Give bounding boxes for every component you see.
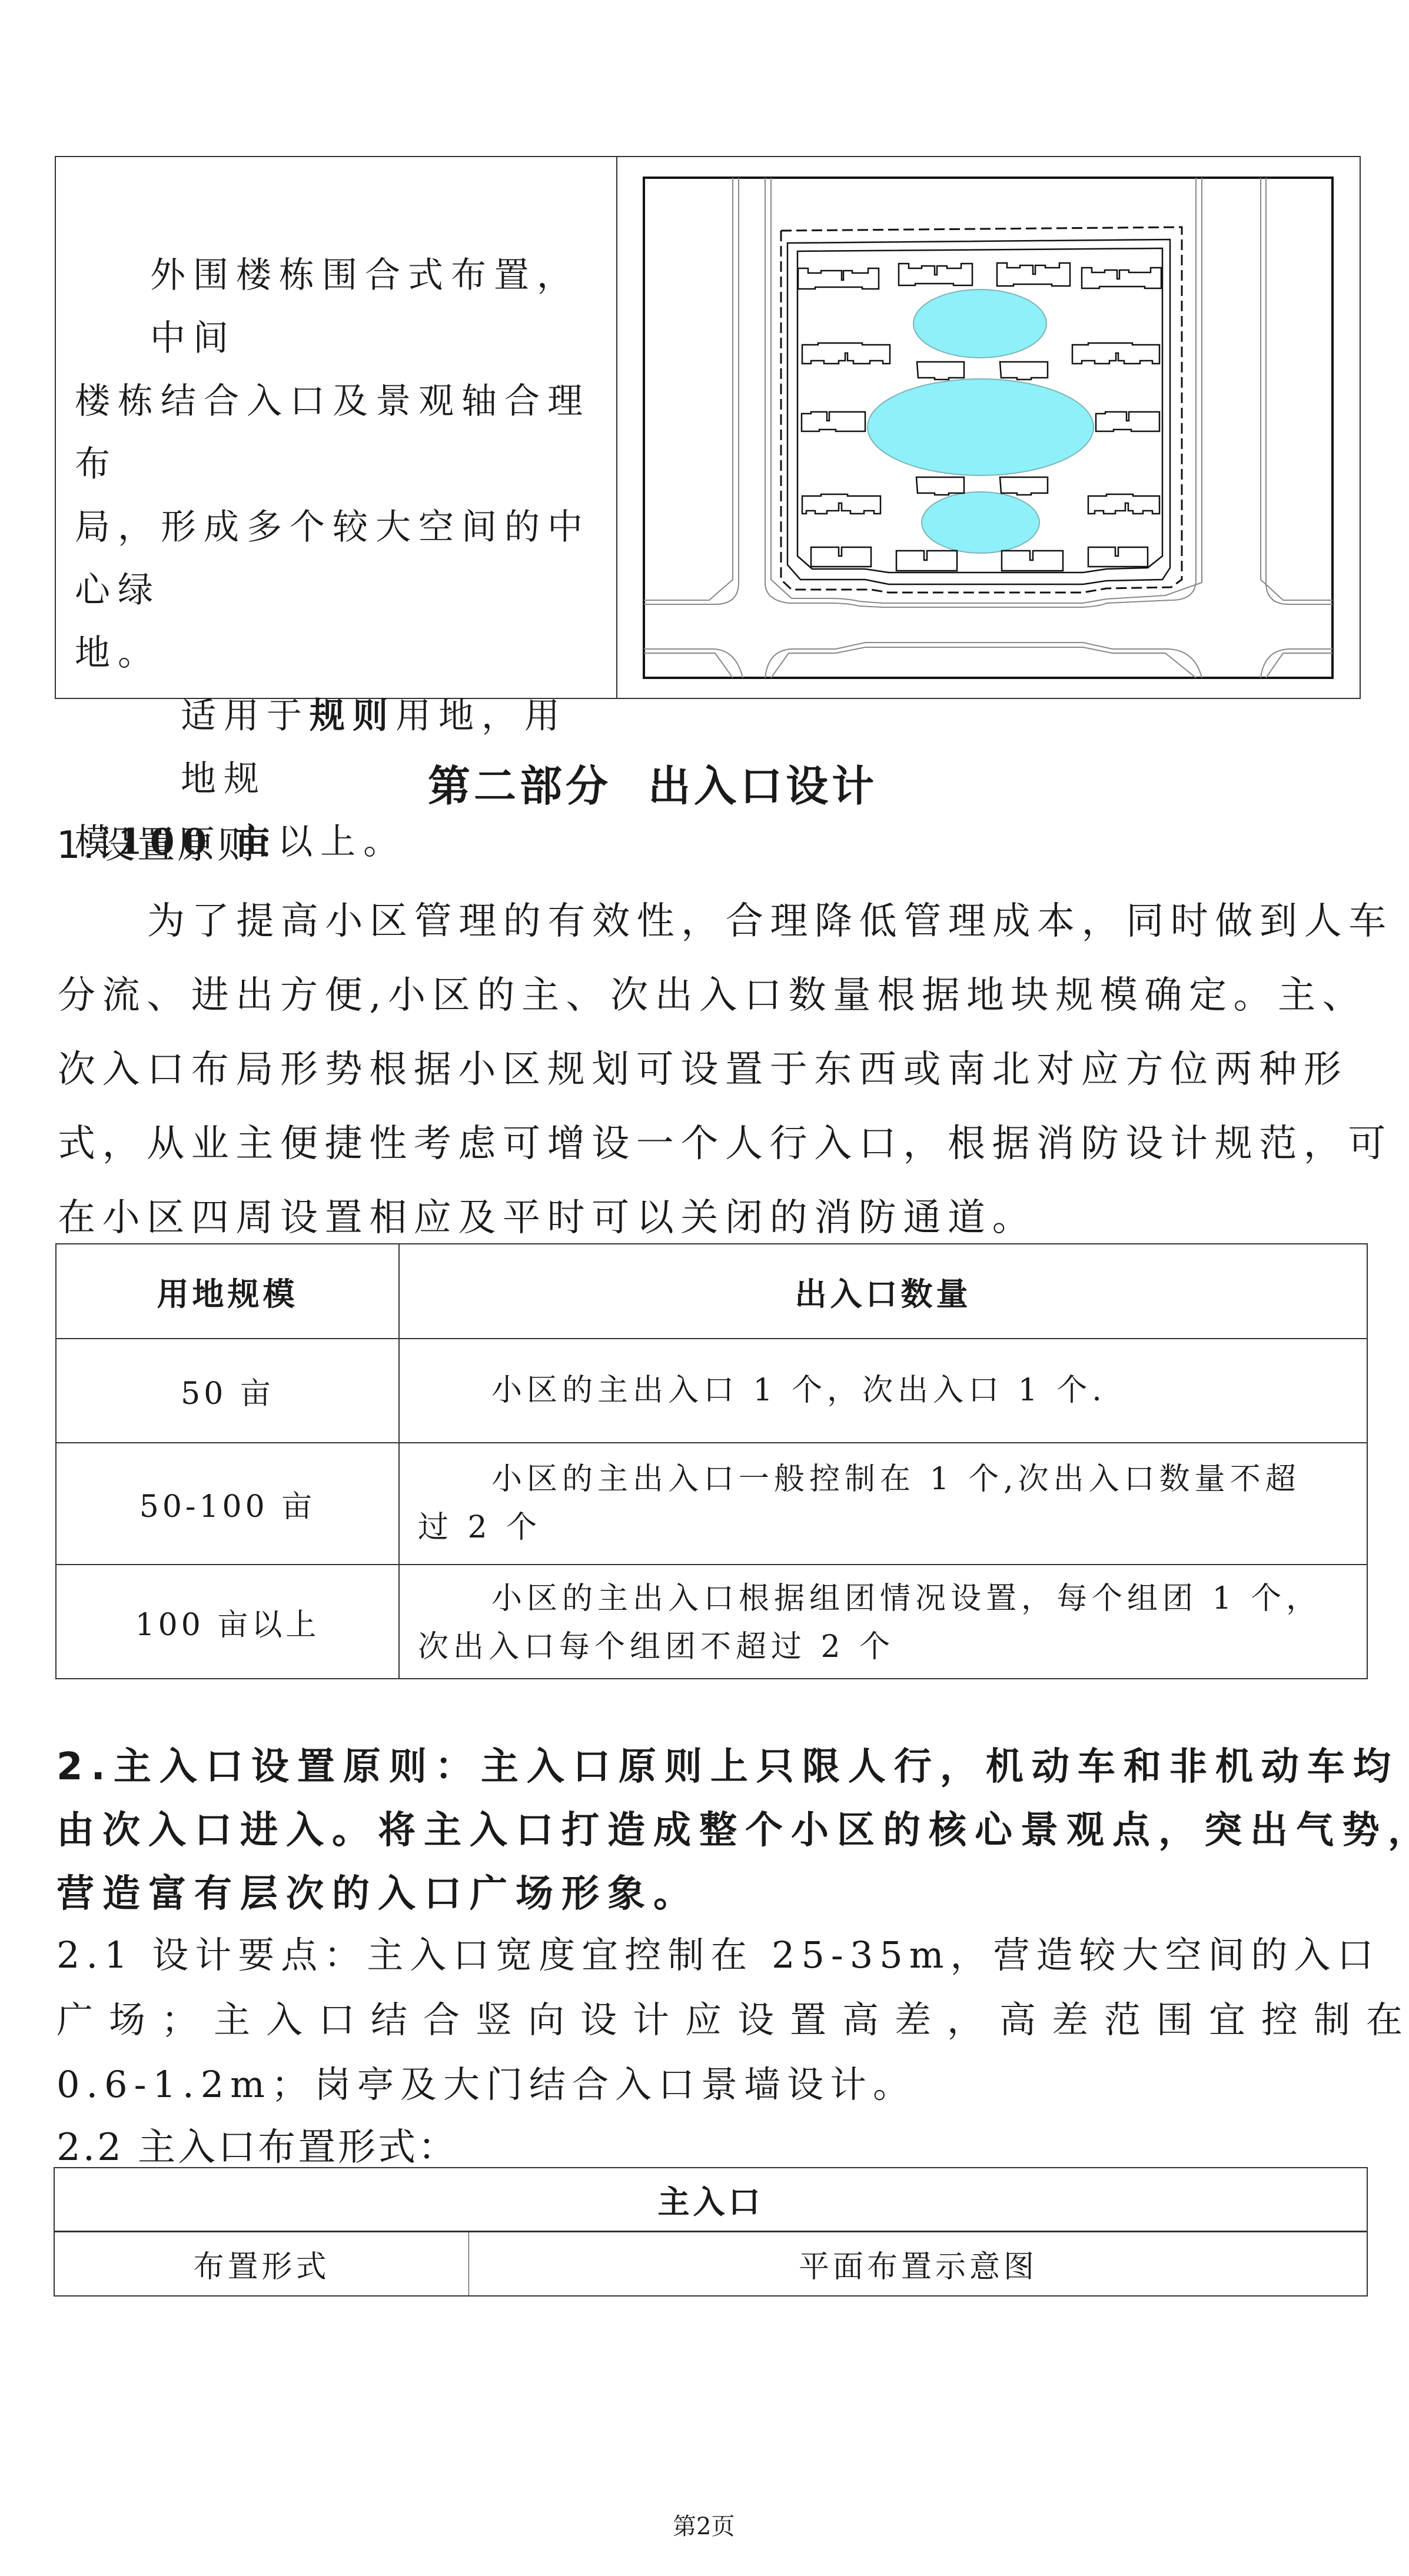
principle-line-1: 2.主入口设置原则：主入口原则上只限人行，机动车和非机动车均 — [57, 1735, 1375, 1799]
section1-paragraph: 为了提高小区管理的有效性，合理降低管理成本，同时做到人车 分流、进出方便,小区的… — [58, 884, 1370, 1255]
desc-line-4: 地。 — [75, 622, 607, 685]
design-line-2: 广场；主入口结合竖向设计应设置高差，高差范围宜控制在 — [57, 1988, 1375, 2052]
para-line-2: 分流、进出方便,小区的主、次出入口数量根据地块规模确定。主、 — [58, 958, 1370, 1033]
principle-line-3: 营造富有层次的入口广场形象。 — [57, 1862, 1375, 1926]
para-line-1: 为了提高小区管理的有效性，合理降低管理成本，同时做到人车 — [58, 884, 1370, 958]
para-line-3: 次入口布局形势根据小区规划可设置于东西或南北对应方位两种形 — [58, 1033, 1370, 1107]
row2-desc: 小区的主出入口一般控制在 1 个,次出入口数量不超 过 2 个 — [418, 1455, 1360, 1552]
desc-line-3: 局，形成多个较大空间的中心绿 — [75, 496, 607, 622]
section1-title: 1.设置原则： — [57, 815, 297, 869]
header-plan-diagram: 平面布置示意图 — [470, 2232, 1367, 2295]
principle-line-2: 由次入口进入。将主入口打造成整个小区的核心景观点，突出气势， — [57, 1799, 1375, 1862]
para-line-4: 式，从业主便捷性考虑可增设一个人行入口，根据消防设计规范，可 — [58, 1107, 1370, 1181]
page-number: 第2页 — [673, 2508, 735, 2541]
row3-scale: 100 亩以上 — [57, 1565, 398, 1678]
section-heading: 第二部分 出入口设计 — [428, 752, 878, 813]
section2-design-points: 2.1 设计要点：主入口宽度宜控制在 25-35m，营造较大空间的入口 广场；主… — [57, 1923, 1375, 2117]
section2-principle: 2.主入口设置原则：主入口原则上只限人行，机动车和非机动车均 由次入口进入。将主… — [57, 1735, 1375, 1926]
row1-scale: 50 亩 — [57, 1339, 398, 1442]
section2-layout-form-title: 2.2 主入口布置形式： — [57, 2117, 458, 2171]
main-entrance-title: 主入口 — [55, 2169, 1367, 2231]
row3-desc: 小区的主出入口根据组团情况设置，每个组团 1 个， 次出入口每个组团不超过 2 … — [418, 1575, 1360, 1671]
header-entrance-count: 出入口数量 — [400, 1245, 1367, 1338]
header-land-scale: 用地规模 — [57, 1245, 398, 1338]
row2-scale: 50-100 亩 — [57, 1443, 398, 1564]
header-layout-form: 布置形式 — [55, 2232, 468, 2295]
main-entrance-table-divider — [468, 2232, 469, 2296]
bold-regular: 规则 — [310, 695, 396, 737]
site-plan-diagram — [636, 171, 1342, 688]
row1-desc: 小区的主出入口 1 个，次出入口 1 个. — [418, 1366, 1360, 1415]
desc-line-2: 楼栋结合入口及景观轴合理布 — [75, 370, 607, 496]
layout-table-divider — [616, 157, 617, 698]
design-line-1: 2.1 设计要点：主入口宽度宜控制在 25-35m，营造较大空间的入口 — [57, 1923, 1375, 1988]
desc-line-1: 外围楼栋围合式布置，中间 — [75, 244, 607, 370]
design-line-3: 0.6-1.2m；岗亭及大门结合入口景墙设计。 — [57, 2052, 1375, 2117]
